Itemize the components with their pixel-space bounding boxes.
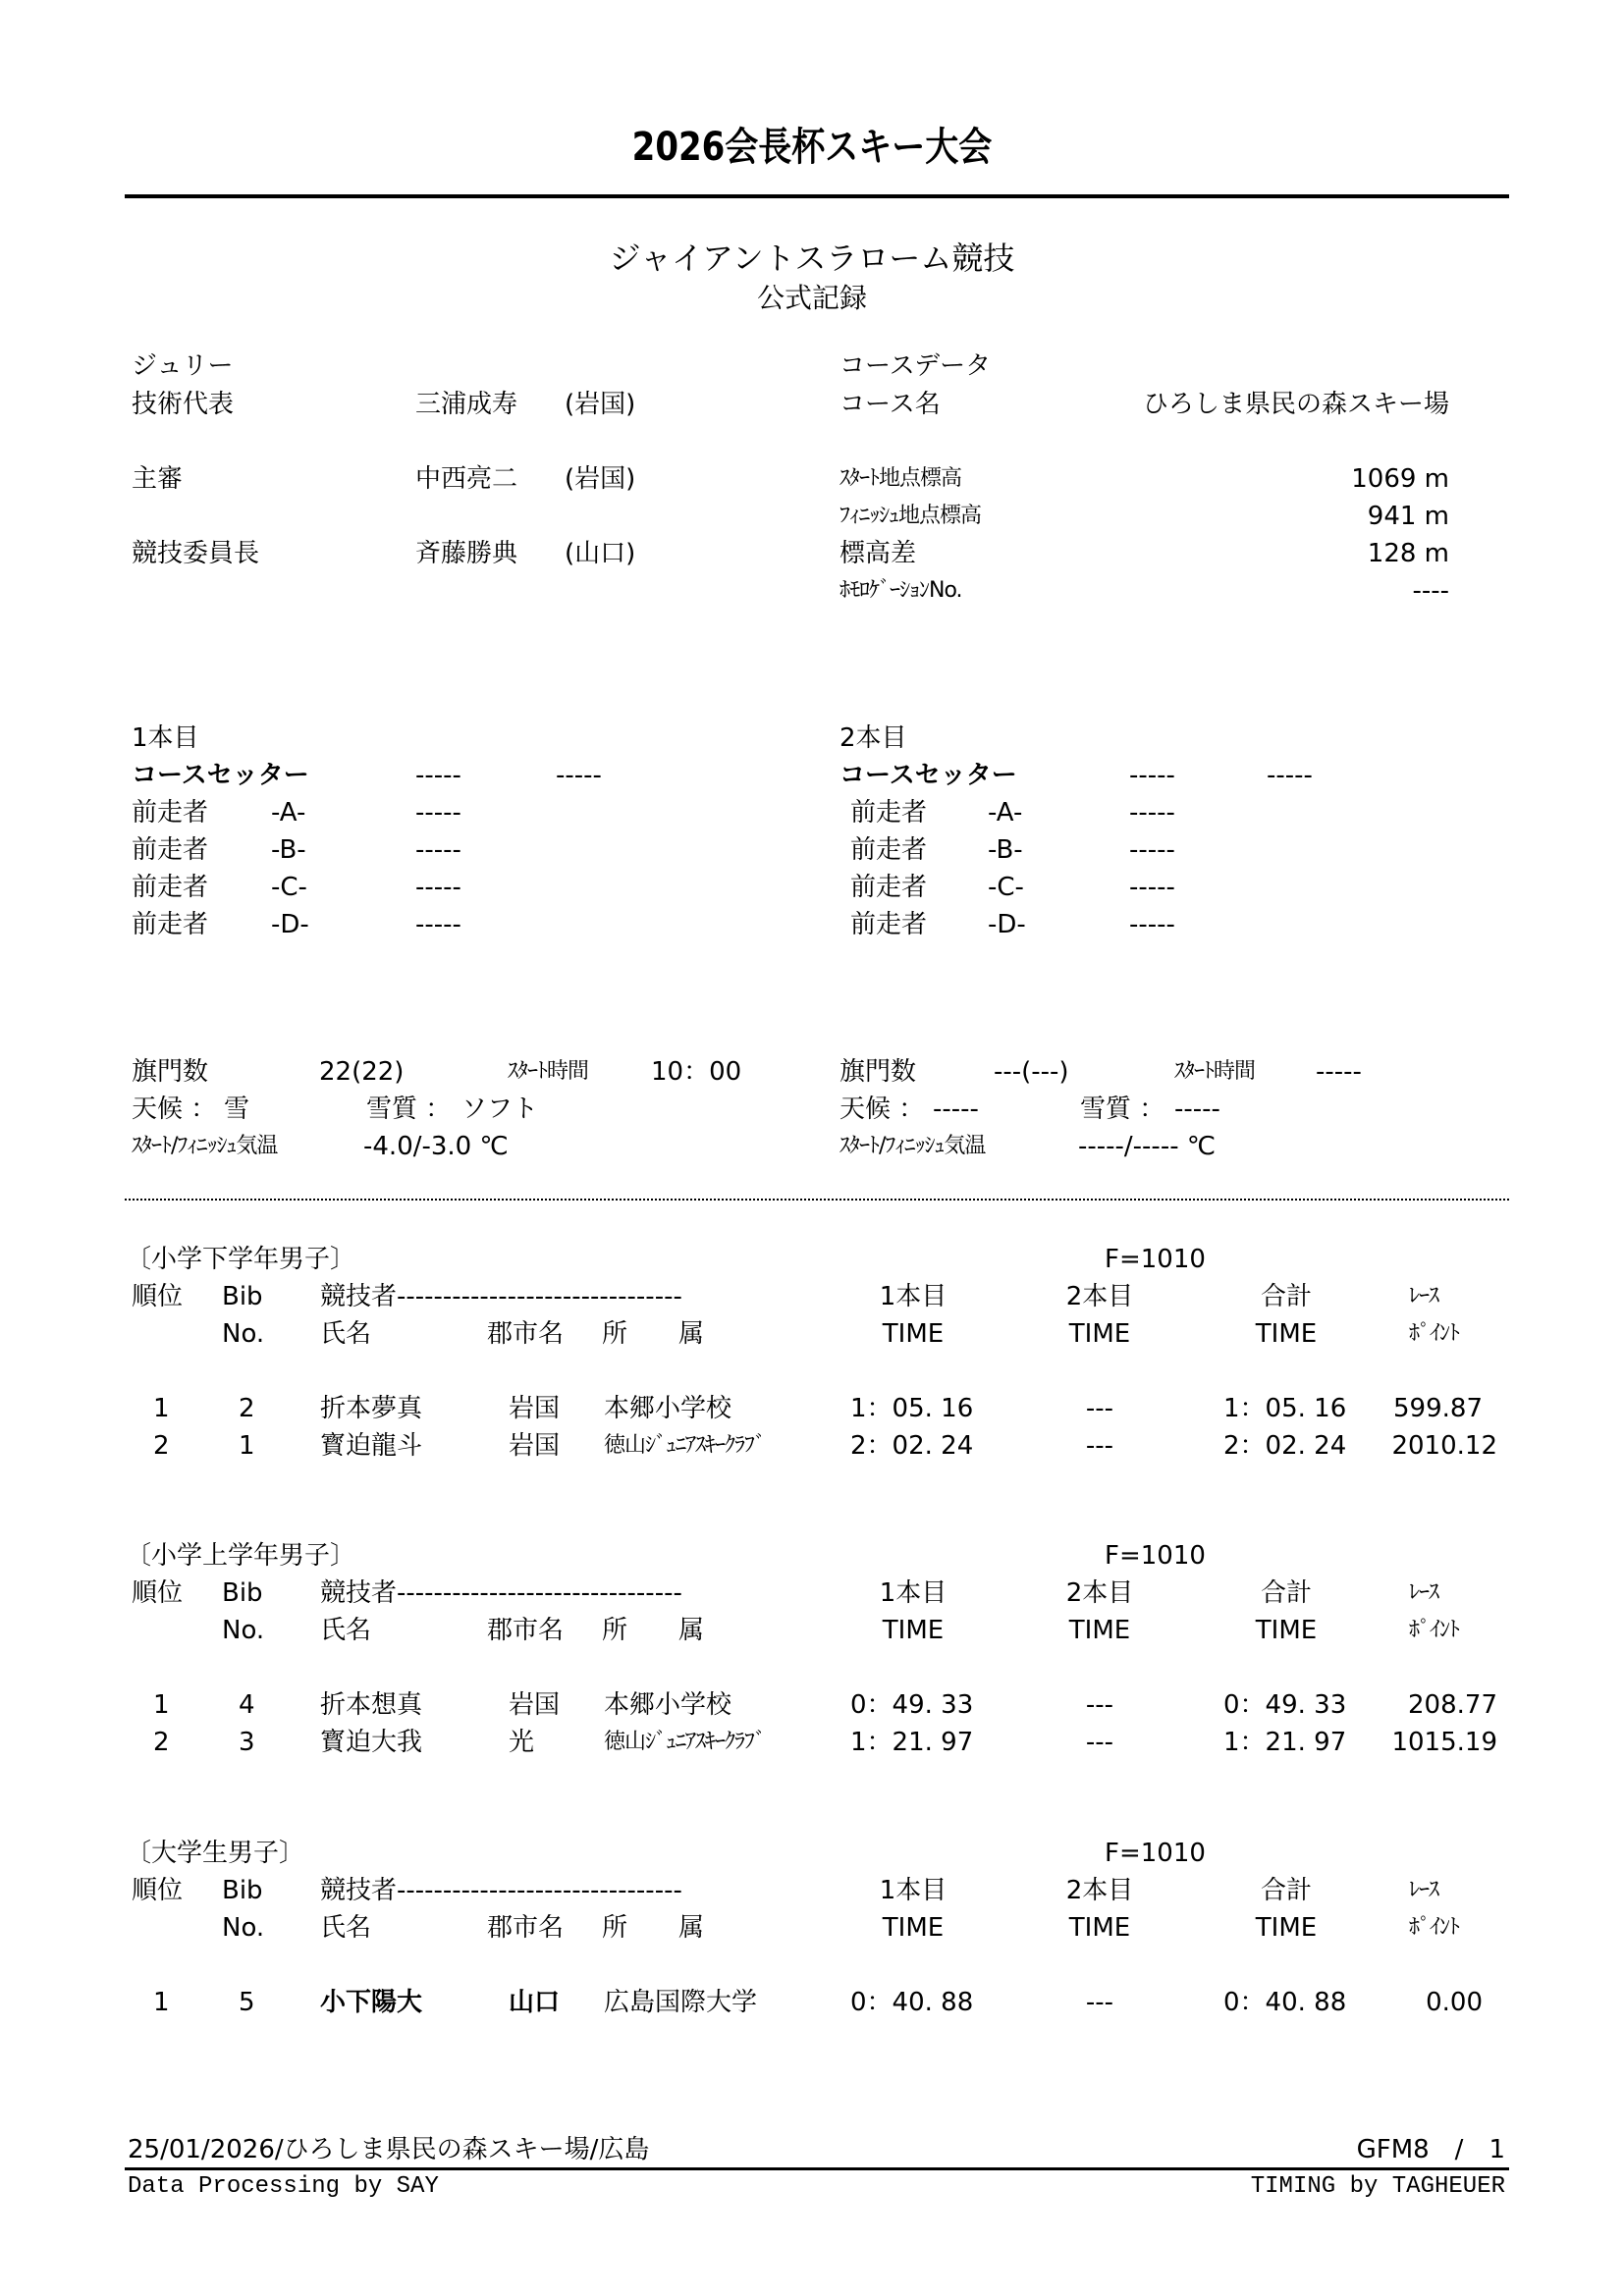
run2-time: ---: [1041, 1690, 1159, 1720]
race-points: 2010.12: [1365, 1431, 1497, 1461]
rank: 2: [153, 1431, 170, 1461]
col-city: 郡市名: [487, 1319, 564, 1349]
athlete-name: 折本夢真: [320, 1394, 422, 1423]
course-setter-label: コースセッター: [132, 761, 309, 790]
jury-role: 主審: [132, 464, 183, 494]
col-run1: 1本目: [854, 1876, 972, 1905]
homologation-number: ----: [1276, 576, 1449, 606]
col-points: ﾎﾟｲﾝﾄ: [1409, 1617, 1459, 1644]
affiliation: 本郷小学校: [604, 1394, 731, 1423]
forerunner-id: -C-: [988, 873, 1024, 902]
col-rank: 順位: [132, 1876, 183, 1905]
city: 光: [509, 1728, 534, 1757]
footer-divider: [125, 2167, 1509, 2170]
header-divider: [125, 194, 1509, 198]
col-time: TIME: [854, 1913, 972, 1943]
col-time: TIME: [1041, 1913, 1159, 1943]
col-run2: 2本目: [1041, 1282, 1159, 1311]
col-time: TIME: [1041, 1319, 1159, 1349]
col-total: 合計: [1227, 1282, 1345, 1311]
gates-count: ---(---): [994, 1057, 1069, 1087]
jury-name: 三浦成寿: [415, 390, 517, 419]
timing-credit: TIMING by TAGHEUER: [1178, 2172, 1505, 2202]
record-type: 公式記録: [0, 277, 1624, 316]
forerunner-label: 前走者: [132, 873, 208, 902]
run2-heading: 2本目: [839, 723, 907, 753]
forerunner-id: -B-: [988, 835, 1023, 865]
athlete-name: 小下陽大: [320, 1988, 422, 2017]
start-time: 10：00: [651, 1057, 741, 1087]
temperature-value: -4.0/-3.0 ℃: [363, 1132, 509, 1161]
category-name: 〔大学生男子〕: [126, 1839, 304, 1868]
forerunner-label: 前走者: [850, 910, 927, 939]
gates-label: 旗門数: [132, 1057, 208, 1087]
run2-time: ---: [1041, 1394, 1159, 1423]
col-time: TIME: [1227, 1913, 1345, 1943]
vertical-drop-label: 標高差: [839, 539, 916, 568]
rank: 2: [153, 1728, 170, 1757]
forerunner-name: -----: [415, 873, 461, 902]
category-name: 〔小学上学年男子〕: [126, 1541, 355, 1571]
event-name: ジャイアントスラローム競技: [0, 234, 1624, 279]
col-affiliation: 所 属: [602, 1319, 704, 1349]
jury-role: 技術代表: [132, 390, 234, 419]
run1-time: 2：02. 24: [850, 1431, 973, 1461]
athlete-name: 寳迫大我: [320, 1728, 422, 1757]
temperature-value: -----/----- ℃: [1078, 1132, 1216, 1161]
col-bib: Bib: [222, 1876, 263, 1905]
course-setter-label: コースセッター: [839, 761, 1017, 790]
forerunner-name: -----: [415, 835, 461, 865]
weather-label: 天候 ：: [132, 1095, 216, 1124]
run1-time: 0：40. 88: [850, 1988, 973, 2017]
athlete-name: 折本想真: [320, 1690, 422, 1720]
snow-label: 雪質 ：: [1080, 1095, 1164, 1124]
forerunner-name: -----: [1129, 910, 1175, 939]
snow-value: -----: [1174, 1095, 1220, 1124]
col-time: TIME: [854, 1616, 972, 1645]
forerunner-name: -----: [1129, 798, 1175, 828]
forerunner-id: -B-: [271, 835, 306, 865]
col-rank: 順位: [132, 1578, 183, 1608]
jury-name: 中西亮二: [415, 464, 517, 494]
athlete-name: 寳迫龍斗: [320, 1431, 422, 1461]
col-city: 郡市名: [487, 1616, 564, 1645]
col-race: ﾚｰｽ: [1409, 1283, 1438, 1310]
f-value: F=1010: [1105, 1245, 1206, 1274]
weather-value: -----: [933, 1095, 979, 1124]
vertical-drop: 128 m: [1276, 539, 1449, 568]
col-competitor: 競技者-------------------------------: [320, 1876, 682, 1905]
race-points: 1015.19: [1365, 1728, 1497, 1757]
footer-page: GFM8 / 1: [1276, 2135, 1505, 2164]
data-processing-credit: Data Processing by SAY: [128, 2172, 439, 2202]
forerunner-label: 前走者: [132, 910, 208, 939]
course-setter-name: -----: [1129, 761, 1175, 790]
col-race: ﾚｰｽ: [1409, 1579, 1438, 1607]
col-time: TIME: [1227, 1319, 1345, 1349]
rank: 1: [153, 1690, 170, 1720]
course-setter-region: -----: [1267, 761, 1313, 790]
forerunner-label: 前走者: [132, 835, 208, 865]
jury-region: (山口): [565, 539, 635, 568]
homologation-label: ﾎﾓﾛｹﾞｰｼｮﾝNo.: [839, 577, 962, 605]
bib: 4: [239, 1690, 255, 1720]
run2-time: ---: [1041, 1431, 1159, 1461]
forerunner-label: 前走者: [850, 798, 927, 828]
affiliation: 徳山ｼﾞｭﾆｱｽｷｰｸﾗﾌﾞ: [604, 1729, 765, 1756]
rank: 1: [153, 1394, 170, 1423]
col-run1: 1本目: [854, 1282, 972, 1311]
finish-elevation-label: ﾌｨﾆｯｼｭ地点標高: [839, 503, 981, 530]
forerunner-id: -A-: [988, 798, 1022, 828]
snow-value: ソフト: [461, 1095, 538, 1124]
total-time: 1：05. 16: [1223, 1394, 1346, 1423]
col-competitor: 競技者-------------------------------: [320, 1578, 682, 1608]
col-affiliation: 所 属: [602, 1616, 704, 1645]
forerunner-name: -----: [1129, 835, 1175, 865]
gates-label: 旗門数: [839, 1057, 916, 1087]
race-points: 208.77: [1365, 1690, 1497, 1720]
total-time: 0：49. 33: [1223, 1690, 1346, 1720]
forerunner-name: -----: [1129, 873, 1175, 902]
start-time-label: ｽﾀｰﾄ時間: [508, 1058, 588, 1086]
jury-heading: ジュリー: [132, 351, 233, 381]
col-city: 郡市名: [487, 1913, 564, 1943]
forerunner-label: 前走者: [850, 835, 927, 865]
affiliation: 徳山ｼﾞｭﾆｱｽｷｰｸﾗﾌﾞ: [604, 1432, 765, 1460]
gates-count: 22(22): [319, 1057, 404, 1087]
affiliation: 広島国際大学: [604, 1988, 757, 2017]
jury-role: 競技委員長: [132, 539, 259, 568]
forerunner-id: -D-: [271, 910, 309, 939]
affiliation: 本郷小学校: [604, 1690, 731, 1720]
col-bib-no: No.: [222, 1319, 264, 1349]
category-name: 〔小学下学年男子〕: [126, 1245, 355, 1274]
col-run2: 2本目: [1041, 1578, 1159, 1608]
jury-region: (岩国): [565, 390, 635, 419]
run1-heading: 1本目: [132, 723, 199, 753]
forerunner-label: 前走者: [850, 873, 927, 902]
col-name: 氏名: [320, 1319, 371, 1349]
run1-time: 1：21. 97: [850, 1728, 973, 1757]
col-points: ﾎﾟｲﾝﾄ: [1409, 1320, 1459, 1348]
col-bib-no: No.: [222, 1616, 264, 1645]
start-time: -----: [1316, 1057, 1362, 1087]
forerunner-label: 前走者: [132, 798, 208, 828]
race-points: 0.00: [1365, 1988, 1483, 2017]
course-setter-name: -----: [415, 761, 461, 790]
city: 山口: [509, 1988, 560, 2017]
document-title: 2026会長杯スキー大会: [122, 116, 1502, 172]
run2-time: ---: [1041, 1988, 1159, 2017]
col-competitor: 競技者-------------------------------: [320, 1282, 682, 1311]
col-affiliation: 所 属: [602, 1913, 704, 1943]
city: 岩国: [509, 1431, 560, 1461]
snow-label: 雪質 ：: [366, 1095, 451, 1124]
forerunner-id: -A-: [271, 798, 305, 828]
weather-label: 天候 ：: [839, 1095, 924, 1124]
bib: 2: [239, 1394, 255, 1423]
col-points: ﾎﾟｲﾝﾄ: [1409, 1914, 1459, 1942]
total-time: 0：40. 88: [1223, 1988, 1346, 2017]
course-data-heading: コースデータ: [839, 351, 991, 381]
f-value: F=1010: [1105, 1541, 1206, 1571]
bib: 1: [239, 1431, 255, 1461]
course-setter-region: -----: [556, 761, 602, 790]
course-name-label: コース名: [839, 390, 941, 419]
jury-name: 斉藤勝典: [415, 539, 517, 568]
col-name: 氏名: [320, 1913, 371, 1943]
col-time: TIME: [1227, 1616, 1345, 1645]
col-bib: Bib: [222, 1282, 263, 1311]
temperature-label: ｽﾀｰﾄ/ﾌｨﾆｯｼｭ気温: [839, 1133, 985, 1160]
forerunner-id: -C-: [271, 873, 307, 902]
total-time: 2：02. 24: [1223, 1431, 1346, 1461]
col-race: ﾚｰｽ: [1409, 1877, 1438, 1904]
forerunner-name: -----: [415, 798, 461, 828]
col-bib: Bib: [222, 1578, 263, 1608]
start-elevation-label: ｽﾀｰﾄ地点標高: [839, 465, 961, 493]
start-elevation: 1069 m: [1276, 464, 1449, 494]
run2-time: ---: [1041, 1728, 1159, 1757]
col-run1: 1本目: [854, 1578, 972, 1608]
city: 岩国: [509, 1690, 560, 1720]
col-run2: 2本目: [1041, 1876, 1159, 1905]
jury-region: (岩国): [565, 464, 635, 494]
bib: 5: [239, 1988, 255, 2017]
col-name: 氏名: [320, 1616, 371, 1645]
course-name: ひろしま県民の森スキー場: [1080, 390, 1449, 419]
f-value: F=1010: [1105, 1839, 1206, 1868]
col-bib-no: No.: [222, 1913, 264, 1943]
start-time-label: ｽﾀｰﾄ時間: [1174, 1058, 1255, 1086]
finish-elevation: 941 m: [1276, 502, 1449, 531]
rank: 1: [153, 1988, 170, 2017]
col-time: TIME: [1041, 1616, 1159, 1645]
forerunner-id: -D-: [988, 910, 1026, 939]
section-divider: [125, 1199, 1509, 1201]
col-rank: 順位: [132, 1282, 183, 1311]
run1-time: 0：49. 33: [850, 1690, 973, 1720]
col-total: 合計: [1227, 1578, 1345, 1608]
footer-date-venue: 25/01/2026/ひろしま県民の森スキー場/広島: [128, 2135, 649, 2164]
weather-value: 雪: [224, 1095, 249, 1124]
bib: 3: [239, 1728, 255, 1757]
run1-time: 1：05. 16: [850, 1394, 973, 1423]
col-total: 合計: [1227, 1876, 1345, 1905]
temperature-label: ｽﾀｰﾄ/ﾌｨﾆｯｼｭ気温: [132, 1133, 277, 1160]
col-time: TIME: [854, 1319, 972, 1349]
city: 岩国: [509, 1394, 560, 1423]
total-time: 1：21. 97: [1223, 1728, 1346, 1757]
race-points: 599.87: [1365, 1394, 1483, 1423]
forerunner-name: -----: [415, 910, 461, 939]
